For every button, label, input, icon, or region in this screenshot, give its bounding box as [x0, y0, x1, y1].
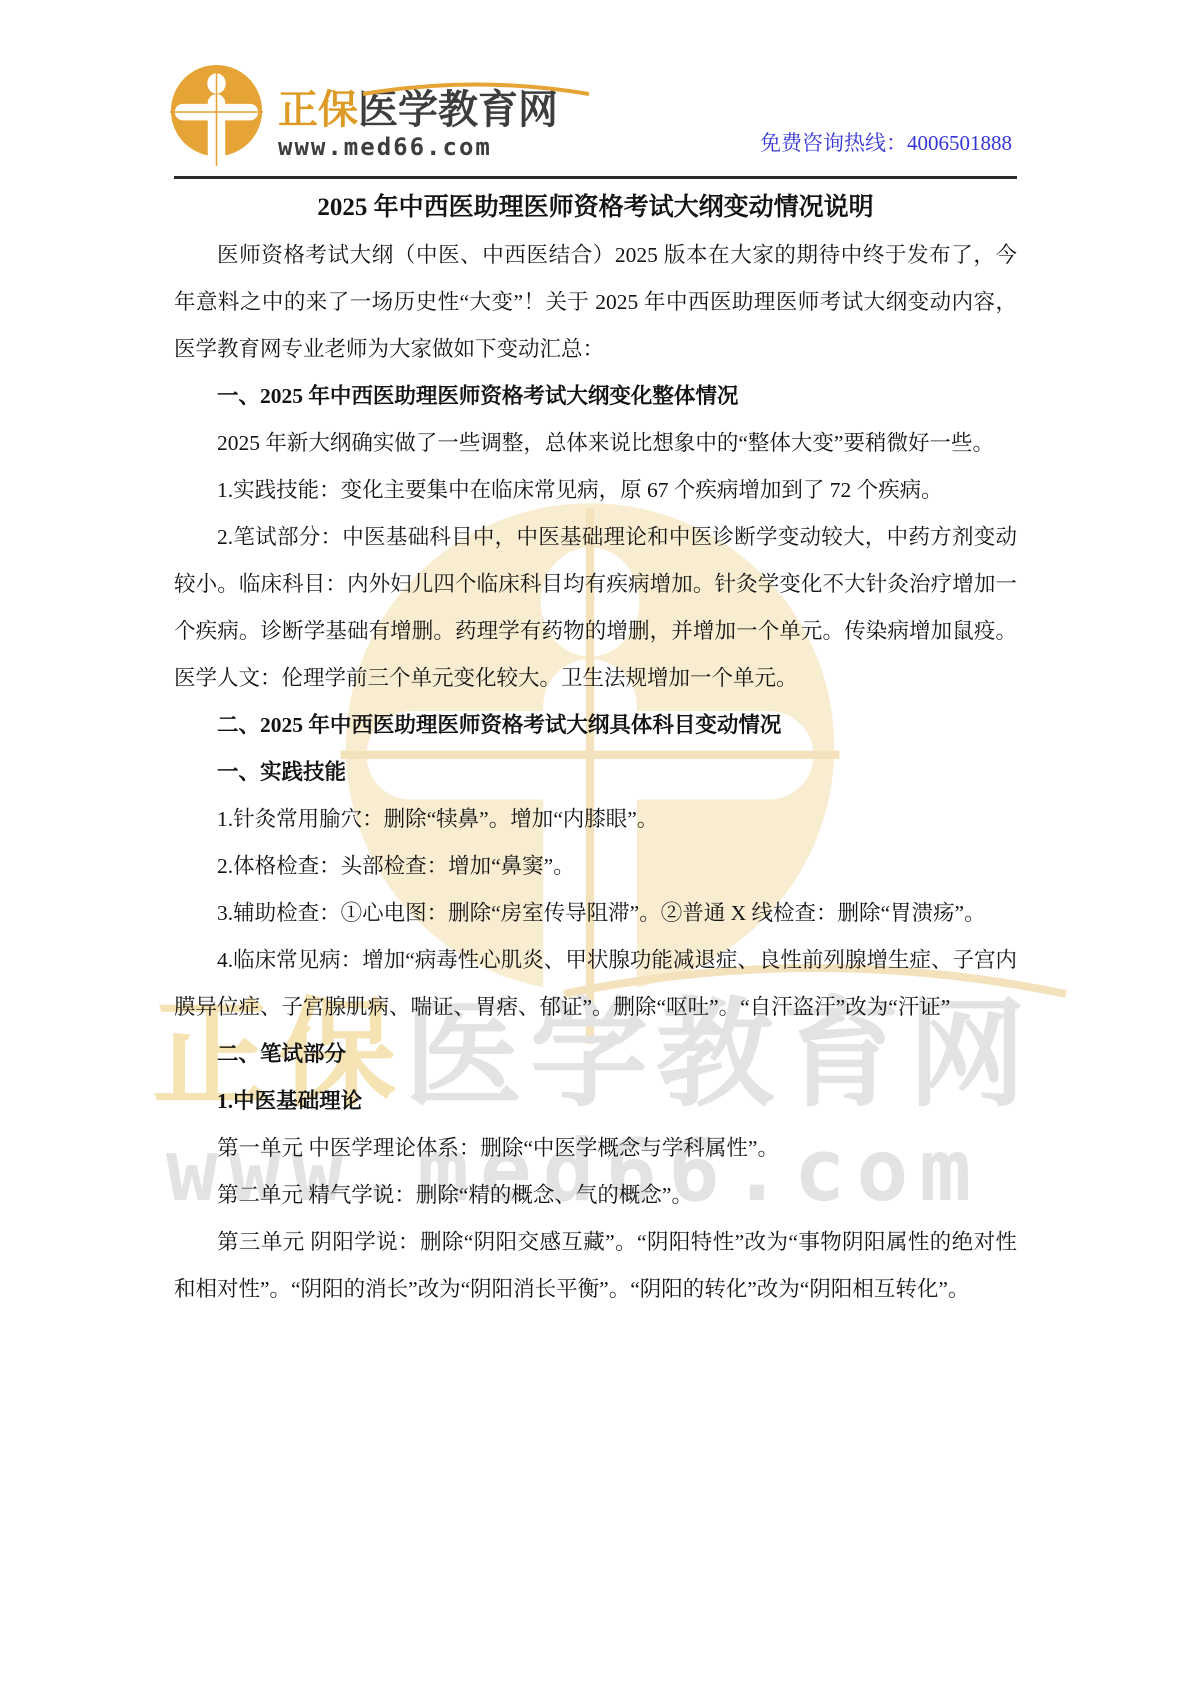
section-heading: 一、2025 年中西医助理医师资格考试大纲变化整体情况 — [174, 373, 1017, 420]
zhengbao-cross-circle-icon — [168, 64, 265, 167]
doc-paragraph: 1.针灸常用腧穴：删除“犊鼻”。增加“内膝眼”。 — [174, 796, 1017, 843]
doc-paragraph: 3.辅助检查：①心电图：删除“房室传导阻滞”。②普通 X 线检查：删除“胃溃疡”… — [174, 890, 1017, 937]
doc-paragraph: 第三单元 阴阳学说：删除“阴阳交感互藏”。“阴阳特性”改为“事物阴阳属性的绝对性… — [174, 1219, 1017, 1313]
hotline-text: 免费咨询热线：4006501888 — [760, 131, 1012, 155]
doc-paragraph: 2.笔试部分：中医基础科目中，中医基础理论和中医诊断学变动较大，中药方剂变动较小… — [174, 514, 1017, 702]
section-heading: 1.中医基础理论 — [174, 1078, 1017, 1125]
section-heading: 二、2025 年中西医助理医师资格考试大纲具体科目变动情况 — [174, 702, 1017, 749]
logo-text-block: 正保医学教育网 www.med66.com — [278, 64, 558, 161]
logo-brand-gold: 正保 — [278, 88, 358, 132]
section-heading: 一、实践技能 — [174, 749, 1017, 796]
document-body: 2025 年中西医助理医师资格考试大纲变动情况说明 医师资格考试大纲（中医、中西… — [174, 176, 1017, 1313]
header-divider — [174, 176, 1017, 179]
section-heading: 二、笔试部分 — [174, 1031, 1017, 1078]
site-logo: 正保医学教育网 www.med66.com — [168, 64, 558, 167]
doc-paragraph: 1.实践技能：变化主要集中在临床常见病，原 67 个疾病增加到了 72 个疾病。 — [174, 467, 1017, 514]
doc-paragraph: 2025 年新大纲确实做了一些调整，总体来说比想象中的“整体大变”要稍微好一些。 — [174, 420, 1017, 467]
doc-paragraph: 第一单元 中医学理论体系：删除“中医学概念与学科属性”。 — [174, 1125, 1017, 1172]
doc-paragraph: 医师资格考试大纲（中医、中西医结合）2025 版本在大家的期待中终于发布了，今年… — [174, 232, 1017, 373]
logo-arc-icon — [360, 74, 592, 96]
doc-paragraph: 2.体格检查：头部检查：增加“鼻窦”。 — [174, 843, 1017, 890]
doc-paragraph: 4.临床常见病：增加“病毒性心肌炎、甲状腺功能减退症、良性前列腺增生症、子宫内膜… — [174, 937, 1017, 1031]
logo-url: www.med66.com — [278, 133, 558, 161]
doc-title: 2025 年中西医助理医师资格考试大纲变动情况说明 — [174, 190, 1017, 226]
doc-paragraph: 第二单元 精气学说：删除“精的概念、气的概念”。 — [174, 1172, 1017, 1219]
logo-brand-line: 正保医学教育网 — [278, 89, 558, 131]
